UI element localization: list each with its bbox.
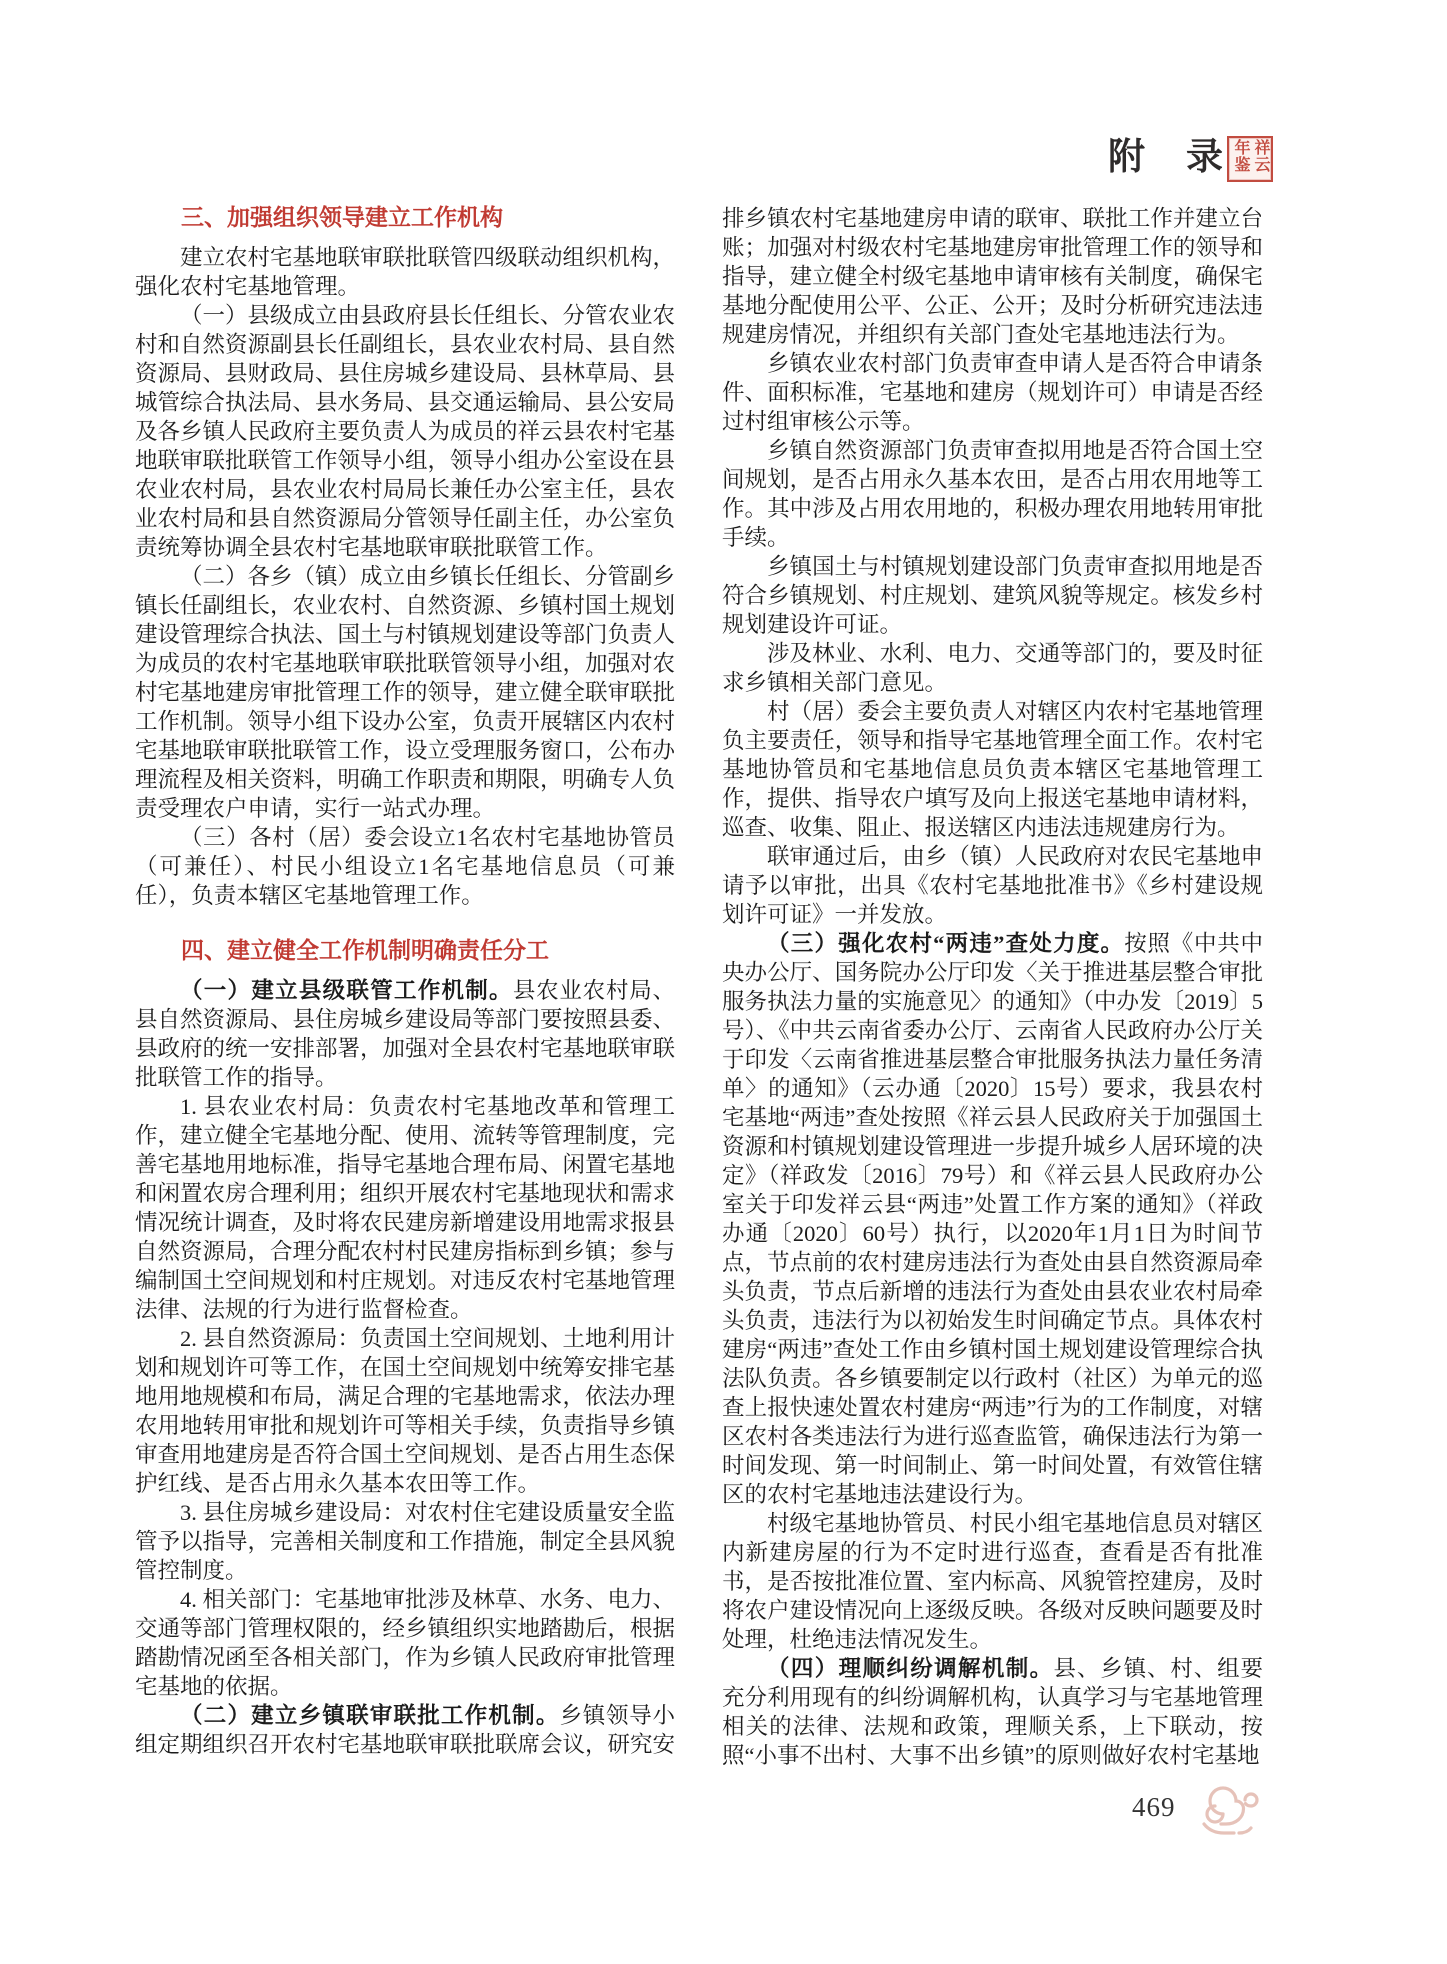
paragraph: 1. 县农业农村局：负责农村宅基地改革和管理工作，建立健全宅基地分配、使用、流转…: [135, 1092, 675, 1324]
paragraph: 涉及林业、水利、电力、交通等部门的，要及时征求乡镇相关部门意见。: [722, 639, 1263, 697]
paragraph: （二）各乡（镇）成立由乡镇长任组长、分管副乡镇长任副组长，农业农村、自然资源、乡…: [135, 562, 675, 823]
paragraph-lead: （一）建立县级联管工作机制。: [180, 978, 513, 1003]
paragraph: 3. 县住房城乡建设局：对农村住宅建设质量安全监管予以指导，完善相关制度和工作措…: [135, 1498, 675, 1585]
seal-text: 祥云年鉴: [1230, 139, 1270, 179]
paragraph: （二）建立乡镇联审联批工作机制。乡镇领导小组定期组织召开农村宅基地联审联批联席会…: [135, 1701, 675, 1759]
right-column: 排乡镇农村宅基地建房申请的联审、联批工作并建立台账；加强对村级农村宅基地建房审批…: [722, 204, 1263, 1770]
section-heading: 三、加强组织领导建立工作机构: [135, 203, 675, 233]
paragraph: 排乡镇农村宅基地建房申请的联审、联批工作并建立台账；加强对村级农村宅基地建房审批…: [722, 204, 1263, 349]
auspicious-cloud-icon: [1192, 1780, 1268, 1840]
paragraph-lead: （三）强化农村“两违”查处力度。: [767, 931, 1124, 956]
paragraph: 建立农村宅基地联审联批联管四级联动组织机构，强化农村宅基地管理。: [135, 243, 675, 301]
paragraph: （三）各村（居）委会设立1名农村宅基地协管员（可兼任）、村民小组设立1名宅基地信…: [135, 823, 675, 910]
paragraph: 2. 县自然资源局：负责国土空间规划、土地利用计划和规划许可等工作，在国土空间规…: [135, 1324, 675, 1498]
paragraph: 乡镇自然资源部门负责审查拟用地是否符合国土空间规划，是否占用永久基本农田，是否占…: [722, 436, 1263, 552]
paragraph: 村级宅基地协管员、村民小组宅基地信息员对辖区内新建房屋的行为不定时进行巡查，查看…: [722, 1509, 1263, 1654]
page-header-title: 附 录: [1108, 126, 1225, 180]
paragraph: 村（居）委会主要负责人对辖区内农村宅基地管理负主要责任，领导和指导宅基地管理全面…: [722, 697, 1263, 842]
paragraph: 乡镇国土与村镇规划建设部门负责审查拟用地是否符合乡镇规划、村庄规划、建筑风貌等规…: [722, 552, 1263, 639]
paragraph: （一）建立县级联管工作机制。县农业农村局、县自然资源局、县住房城乡建设局等部门要…: [135, 976, 675, 1092]
section-heading: 四、建立健全工作机制明确责任分工: [135, 936, 675, 966]
paragraph: （三）强化农村“两违”查处力度。按照《中共中央办公厅、国务院办公厅印发〈关于推进…: [722, 929, 1263, 1509]
document-page: 附 录 祥云年鉴 三、加强组织领导建立工作机构建立农村宅基地联审联批联管四级联动…: [0, 0, 1447, 1964]
paragraph: 联审通过后，由乡（镇）人民政府对农民宅基地申请予以审批，出具《农村宅基地批准书》…: [722, 842, 1263, 929]
left-column: 三、加强组织领导建立工作机构建立农村宅基地联审联批联管四级联动组织机构，强化农村…: [135, 203, 675, 1759]
paragraph-lead: （四）理顺纠纷调解机制。: [767, 1656, 1053, 1681]
page-number: 469: [1132, 1792, 1176, 1823]
paragraph: （四）理顺纠纷调解机制。县、乡镇、村、组要充分利用现有的纠纷调解机构，认真学习与…: [722, 1654, 1263, 1770]
paragraph: 4. 相关部门：宅基地审批涉及林草、水务、电力、交通等部门管理权限的，经乡镇组织…: [135, 1585, 675, 1701]
yearbook-seal: 祥云年鉴: [1227, 136, 1273, 182]
paragraph: 乡镇农业农村部门负责审查申请人是否符合申请条件、面积标准，宅基地和建房（规划许可…: [722, 349, 1263, 436]
paragraph-lead: （二）建立乡镇联审联批工作机制。: [180, 1703, 560, 1728]
paragraph: （一）县级成立由县政府县长任组长、分管农业农村和自然资源副县长任副组长，县农业农…: [135, 301, 675, 562]
